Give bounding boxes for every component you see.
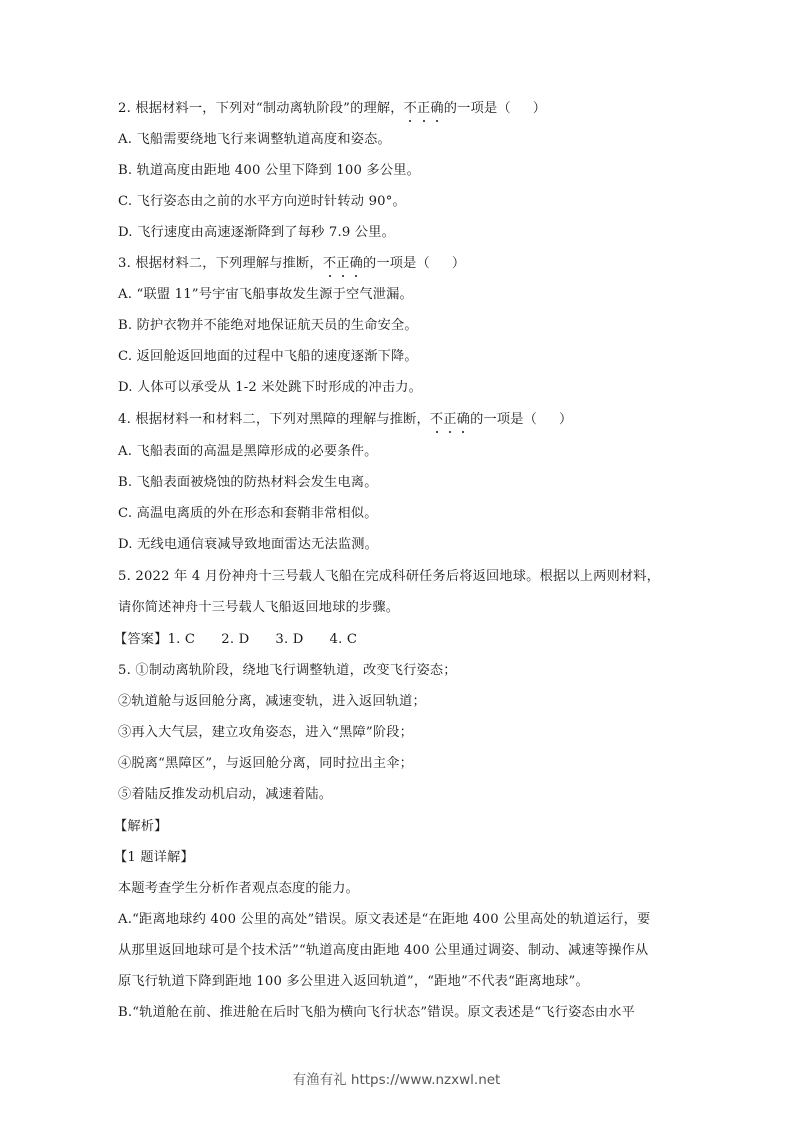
answer-item: 4. C bbox=[330, 632, 358, 647]
answer-key: 【答案】1. C2. D3. D4. C bbox=[114, 631, 357, 649]
question-2-option-d: D. 飞行速度由高速逐渐降到了每秒 7.9 公里。 bbox=[118, 224, 395, 242]
emphasis-char: 不 bbox=[323, 255, 336, 273]
answer-step-2: ②轨道舱与返回舱分离，减速变轨，进入返回轨道； bbox=[118, 693, 426, 711]
analysis-sub-label: 【1 题详解】 bbox=[114, 849, 194, 867]
question-2-stem: 2. 根据材料一，下列对“制动离轨阶段”的理解，不正确的一项是（） bbox=[118, 100, 546, 118]
watermark-footer: 有渔有礼 https://www.nzxwl.net bbox=[0, 1068, 793, 1088]
stem-text: 3. 根据材料二，下列理解与推断， bbox=[118, 256, 323, 271]
emphasis-char: 确 bbox=[430, 100, 443, 118]
analysis-intro: 本题考查学生分析作者观点态度的能力。 bbox=[118, 880, 359, 898]
question-2-option-b: B. 轨道高度由距地 400 公里下降到 100 多公里。 bbox=[118, 162, 420, 180]
emphasis-char: 正 bbox=[417, 100, 430, 118]
question-4-option-c: C. 高温电离质的外在形态和套鞘非常相似。 bbox=[118, 505, 378, 523]
stem-text: 2. 根据材料一，下列对“制动离轨阶段”的理解， bbox=[118, 101, 404, 116]
emphasis-char: 确 bbox=[350, 255, 363, 273]
emphasis-char: 正 bbox=[443, 411, 456, 429]
question-4-stem: 4. 根据材料一和材料二，下列对黑障的理解与推断，不正确的一项是（） bbox=[118, 411, 572, 429]
answer-item: 3. D bbox=[275, 632, 303, 647]
question-3-option-a: A. “联盟 11”号宇宙飞船事故发生源于空气泄漏。 bbox=[118, 286, 413, 304]
question-3-option-c: C. 返回舱返回地面的过程中飞船的速度逐渐下降。 bbox=[118, 348, 418, 366]
stem-text: ） bbox=[559, 412, 572, 427]
answer-step-1: 5. ①制动离轨阶段，绕地飞行调整轨道，改变飞行姿态； bbox=[118, 662, 457, 680]
stem-text: 的一项是（ bbox=[444, 101, 511, 116]
answer-item: 2. D bbox=[221, 632, 249, 647]
question-4-option-d: D. 无线电通信衰减导致地面雷达无法监测。 bbox=[118, 536, 378, 554]
question-3-option-b: B. 防护衣物并不能绝对地保证航天员的生命安全。 bbox=[118, 317, 418, 335]
emphasis-char: 不 bbox=[404, 100, 417, 118]
answer-item: 1. C bbox=[168, 632, 196, 647]
stem-text: ） bbox=[452, 256, 465, 271]
question-5-line-1: 5. 2022 年 4 月份神舟十三号载人飞船在完成科研任务后将返回地球。根据以… bbox=[118, 568, 660, 586]
analysis-line: B.“轨道舱在前、推进舱在后时飞船为横向飞行状态”错误。原文表述是“飞行姿态由水… bbox=[118, 1004, 635, 1022]
question-5-line-2: 请你简述神舟十三号载人飞船返回地球的步骤。 bbox=[118, 599, 399, 617]
analysis-line: A.“距离地球约 400 公里的高处”错误。原文表述是“在距地 400 公里高处… bbox=[118, 911, 650, 929]
question-4-option-a: A. 飞船表面的高温是黑障形成的必要条件。 bbox=[118, 443, 377, 461]
stem-text: 的一项是（ bbox=[470, 412, 537, 427]
analysis-line: 原飞行轨道下降到距地 100 多公里进入返回轨道”，“距地”不代表“距离地球”。 bbox=[118, 973, 589, 991]
stem-text: 的一项是（ bbox=[363, 256, 430, 271]
answer-step-5: ⑤着陆反推发动机启动，减速着陆。 bbox=[118, 786, 332, 804]
stem-text: 4. 根据材料一和材料二，下列对黑障的理解与推断， bbox=[118, 412, 430, 427]
analysis-label: 【解析】 bbox=[114, 818, 168, 836]
stem-text: ） bbox=[533, 101, 546, 116]
analysis-line: 从那里返回地球可是个技术活”“轨道高度由距地 400 公里通过调姿、制动、减速等… bbox=[118, 942, 648, 960]
answer-label: 【答案】 bbox=[114, 632, 168, 647]
question-3-option-d: D. 人体可以承受从 1-2 米处跳下时形成的冲击力。 bbox=[118, 379, 422, 397]
answer-step-3: ③再入大气层，建立攻角姿态，进入“黑障”阶段； bbox=[118, 724, 413, 742]
question-3-stem: 3. 根据材料二，下列理解与推断，不正确的一项是（） bbox=[118, 255, 465, 273]
answer-step-4: ④脱离“黑障区”，与返回舱分离，同时拉出主伞； bbox=[118, 755, 413, 773]
question-2-option-c: C. 飞行姿态由之前的水平方向逆时针转动 90°。 bbox=[118, 193, 406, 211]
question-4-option-b: B. 飞船表面被烧蚀的防热材料会发生电离。 bbox=[118, 474, 378, 492]
emphasis-char: 正 bbox=[336, 255, 349, 273]
question-2-option-a: A. 飞船需要绕地飞行来调整轨道高度和姿态。 bbox=[118, 131, 391, 149]
emphasis-char: 不 bbox=[430, 411, 443, 429]
emphasis-char: 确 bbox=[457, 411, 470, 429]
